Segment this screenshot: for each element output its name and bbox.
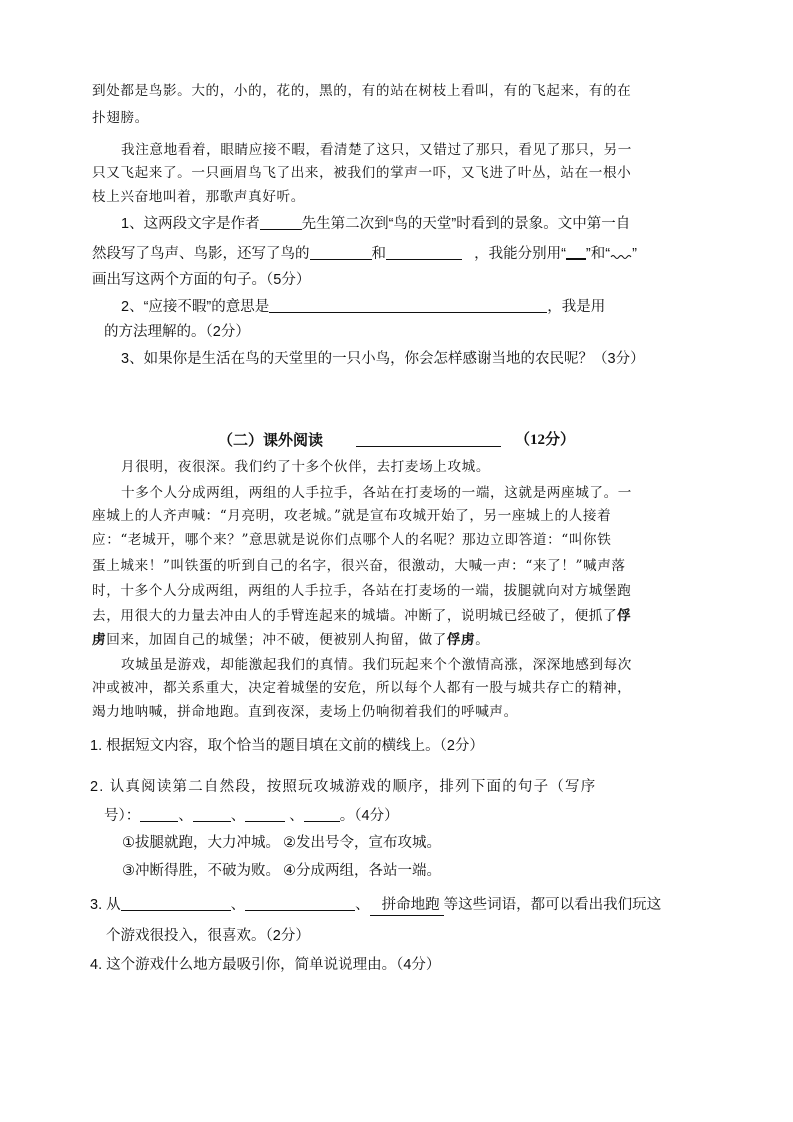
option-4: ④分成两组，各站一端。 xyxy=(283,861,441,881)
passage2-line: 座城上的人齐声喊：“月亮明，攻老城。”就是宣布攻城开始了，另一座城上的人接着 xyxy=(92,506,611,526)
order-blank-1[interactable] xyxy=(140,805,178,822)
passage1-line: 我注意地看着，眼睛应接不暇，看清楚了这只，又错过了那只，看见了那只，另一 xyxy=(121,140,632,160)
passage-text: 。 xyxy=(475,632,489,648)
question-2: 2、“应接不暇”的意思是，我是用 xyxy=(121,296,605,317)
q-text: 3. 从 xyxy=(90,897,121,913)
order-blank-3[interactable] xyxy=(245,805,285,822)
separator: 、 xyxy=(355,897,370,913)
separator: 、 xyxy=(231,897,246,913)
question-2-3-line2: 个游戏很投入，很喜欢。（2分） xyxy=(106,926,310,946)
question-2-line2: 的方法理解的。（2分） xyxy=(104,322,250,342)
bold-word: 俘 xyxy=(617,608,631,624)
passage1-line: 枝上兴奋地叫着，那歌声真好听。 xyxy=(92,187,305,207)
section-score: （12分） xyxy=(515,430,575,450)
option-3: ③冲断得胜，不破为败。 xyxy=(122,861,280,881)
bold-word: 俘虏 xyxy=(447,632,475,648)
q1-text: ” xyxy=(632,246,637,262)
passage2-line: 去，用很大的力量去冲由人的手臂连起来的城墙。冲断了，说明城已经破了，便抓了俘 xyxy=(92,606,631,626)
q2-text: 2、“应接不暇”的意思是 xyxy=(121,299,269,315)
question-1: 1、这两段文字是作者先生第二次到“鸟的天堂”时看到的景象。文中第一自 xyxy=(121,213,630,234)
passage2-line: 时，十多个人分成两组，两组的人手拉手，各站在打麦场的一端，拔腿就向对方城堡跑 xyxy=(92,581,631,601)
q1-text: ，我能分别用“ xyxy=(474,246,566,262)
exam-page: 到处都是鸟影。大的，小的，花的，黑的，有的站在树枝上看叫，有的飞起来，有的在 扑… xyxy=(0,0,793,1122)
q-text: 号）： xyxy=(104,808,140,824)
q-score: 。（4分） xyxy=(340,808,399,824)
passage1-line: 只又飞起来了。一只画眉鸟飞了出来，被我们的掌声一吓，又飞进了叶丛，站在一根小 xyxy=(92,163,631,183)
passage2-line: 冲或被冲，都关系重大，决定着城堡的安危，所以每个人都有一股与城共存亡的精神， xyxy=(92,678,631,698)
question-3: 3、如果你是生活在鸟的天堂里的一只小鸟，你会怎样感谢当地的农民呢？（3分） xyxy=(121,349,645,369)
passage2-line: 月很明，夜很深。我们约了十多个伙伴，去打麦场上攻城。 xyxy=(121,457,490,477)
straight-line-mark xyxy=(566,242,586,260)
separator: 、 xyxy=(231,808,246,824)
author-blank[interactable] xyxy=(260,213,302,230)
passage-text: 去，用很大的力量去冲由人的手臂连起来的城墙。冲断了，说明城已经破了，便抓了 xyxy=(92,608,617,624)
question-2-1: 1. 根据短文内容，取个恰当的题目填在文前的横线上。（2分） xyxy=(90,736,484,756)
question-1-line3: 画出写这两个方面的句子。（5分） xyxy=(92,270,310,290)
passage2-line: 攻城虽是游戏，却能激起我们的真情。我们玩起来个个激情高涨，深深地感到每次 xyxy=(121,655,632,675)
q1-text: 1、这两段文字是作者 xyxy=(121,216,260,232)
order-blank-4[interactable] xyxy=(304,805,340,822)
filled-example-word: 拼命地跑 xyxy=(370,895,444,916)
question-1-line2: 然段写了鸟声、鸟影，还写了鸟的和 ，我能分别用“”和“” xyxy=(92,242,637,264)
q-text: 等这些词语，都可以看出我们玩这 xyxy=(444,897,662,913)
question-2-3: 3. 从、、拼命地跑等这些词语，都可以看出我们玩这 xyxy=(90,894,661,916)
answer-blank[interactable] xyxy=(310,243,372,260)
separator: 、 xyxy=(178,808,193,824)
passage-text: 回来，加固自己的城堡；冲不破，便被别人拘留，做了 xyxy=(106,632,447,648)
question-2-2: 2. 认真阅读第二自然段，按照玩攻城游戏的顺序，排列下面的句子（写序 xyxy=(90,777,596,797)
wavy-line-mark xyxy=(610,248,632,260)
passage2-line: 应：“老城开，哪个来？”意思就是说你们点哪个人的名呢？那边立即答道：“叫你铁 xyxy=(92,530,611,550)
passage2-line: 蛋上城来！”叫铁蛋的听到自己的名字，很兴奋，很激动，大喊一声：“来了！”喊声落 xyxy=(92,556,626,576)
answer-blank[interactable] xyxy=(386,243,462,260)
q1-text: 先生第二次到“鸟的天堂”时看到的景象。文中第一自 xyxy=(302,216,631,232)
section-heading: （二）课外阅读 xyxy=(218,430,323,450)
q1-text: 和 xyxy=(372,246,387,262)
q2-text: ，我是用 xyxy=(547,299,605,315)
passage2-line: 十多个人分成两组，两组的人手拉手，各站在打麦场的一端，这就是两座城了。一 xyxy=(121,483,632,503)
word-blank-2[interactable] xyxy=(245,894,355,911)
passage1-line: 扑翅膀。 xyxy=(92,108,149,128)
passage2-line: 虏回来，加固自己的城堡；冲不破，便被别人拘留，做了俘虏。 xyxy=(92,630,489,650)
q1-text: 然段写了鸟声、鸟影，还写了鸟的 xyxy=(92,246,310,262)
word-blank-1[interactable] xyxy=(121,894,231,911)
title-blank[interactable] xyxy=(356,430,501,447)
question-2-4: 4. 这个游戏什么地方最吸引你，简单说说理由。（4分） xyxy=(90,955,440,975)
order-blank-2[interactable] xyxy=(193,805,231,822)
bold-word: 虏 xyxy=(92,632,106,648)
q1-text: ”和“ xyxy=(586,246,610,262)
passage2-line: 竭力地呐喊，拼命地跑。直到夜深，麦场上仍响彻着我们的呼喊声。 xyxy=(92,702,518,722)
option-2: ②发出号令，宣布攻城。 xyxy=(283,833,441,853)
question-2-2-line2: 号）：、、 、。（4分） xyxy=(104,805,399,826)
option-1: ①拔腿就跑，大力冲城。 xyxy=(122,833,280,853)
separator: 、 xyxy=(289,808,304,824)
meaning-blank[interactable] xyxy=(269,296,547,313)
passage1-line: 到处都是鸟影。大的，小的，花的，黑的，有的站在树枝上看叫，有的飞起来，有的在 xyxy=(92,81,631,101)
